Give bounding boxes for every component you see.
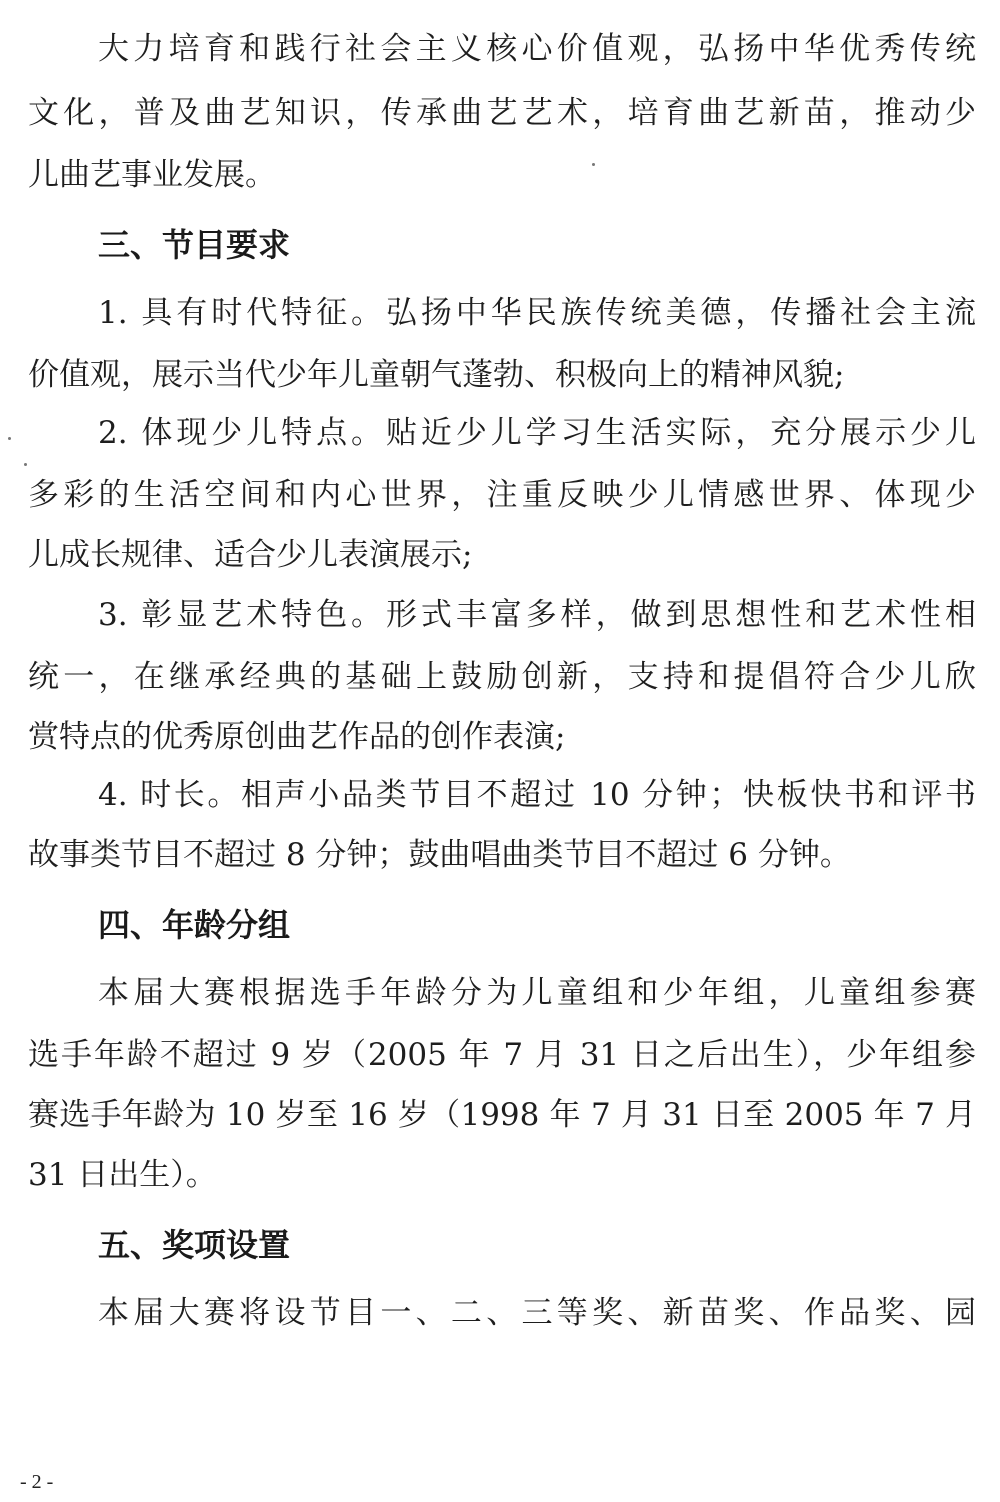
requirement-3-line: 赏特点的优秀原创曲艺作品的创作表演; <box>28 712 976 762</box>
awards-line: 本届大赛将设节目一、二、三等奖、新苗奖、作品奖、园 <box>98 1288 976 1338</box>
age-groups-line: 本届大赛根据选手年龄分为儿童组和少年组，儿童组参赛 <box>98 968 976 1018</box>
section-heading-age-groups: 四、年龄分组 <box>98 900 290 950</box>
age-groups-line: 选手年龄不超过 9 岁（2005 年 7 月 31 日之后出生），少年组参 <box>28 1030 976 1080</box>
paragraph-line: 儿曲艺事业发展。 <box>28 150 976 200</box>
paragraph-line: 大力培育和践行社会主义核心价值观，弘扬中华优秀传统 <box>98 24 976 74</box>
page-number: - 2 - <box>20 1470 53 1494</box>
section-heading-awards: 五、奖项设置 <box>98 1220 290 1270</box>
requirement-2-line: 多彩的生活空间和内心世界，注重反映少儿情感世界、体现少 <box>28 470 976 520</box>
age-groups-line: 31 日出生）。 <box>28 1150 976 1200</box>
document-page: 大力培育和践行社会主义核心价值观，弘扬中华优秀传统 文化，普及曲艺知识，传承曲艺… <box>0 0 1000 1502</box>
requirement-4-line: 4. 时长。相声小品类节目不超过 10 分钟；快板快书和评书 <box>98 770 976 820</box>
requirement-1-line: 1. 具有时代特征。弘扬中华民族传统美德，传播社会主流 <box>98 288 976 338</box>
requirement-3-line: 统一，在继承经典的基础上鼓励创新，支持和提倡符合少儿欣 <box>28 652 976 702</box>
age-groups-line: 赛选手年龄为 10 岁至 16 岁（1998 年 7 月 31 日至 2005 … <box>28 1090 976 1140</box>
scan-speck <box>592 163 595 166</box>
requirement-1-line: 价值观，展示当代少年儿童朝气蓬勃、积极向上的精神风貌; <box>28 350 976 400</box>
paragraph-line: 文化，普及曲艺知识，传承曲艺艺术，培育曲艺新苗，推动少 <box>28 88 976 138</box>
requirement-4-line: 故事类节目不超过 8 分钟；鼓曲唱曲类节目不超过 6 分钟。 <box>28 830 976 880</box>
scan-speck <box>24 463 27 466</box>
scan-speck <box>8 437 11 440</box>
requirement-2-line: 2. 体现少儿特点。贴近少儿学习生活实际，充分展示少儿 <box>98 408 976 458</box>
section-heading-program-requirements: 三、节目要求 <box>98 220 290 270</box>
requirement-2-line: 儿成长规律、适合少儿表演展示; <box>28 530 976 580</box>
requirement-3-line: 3. 彰显艺术特色。形式丰富多样，做到思想性和艺术性相 <box>98 590 976 640</box>
